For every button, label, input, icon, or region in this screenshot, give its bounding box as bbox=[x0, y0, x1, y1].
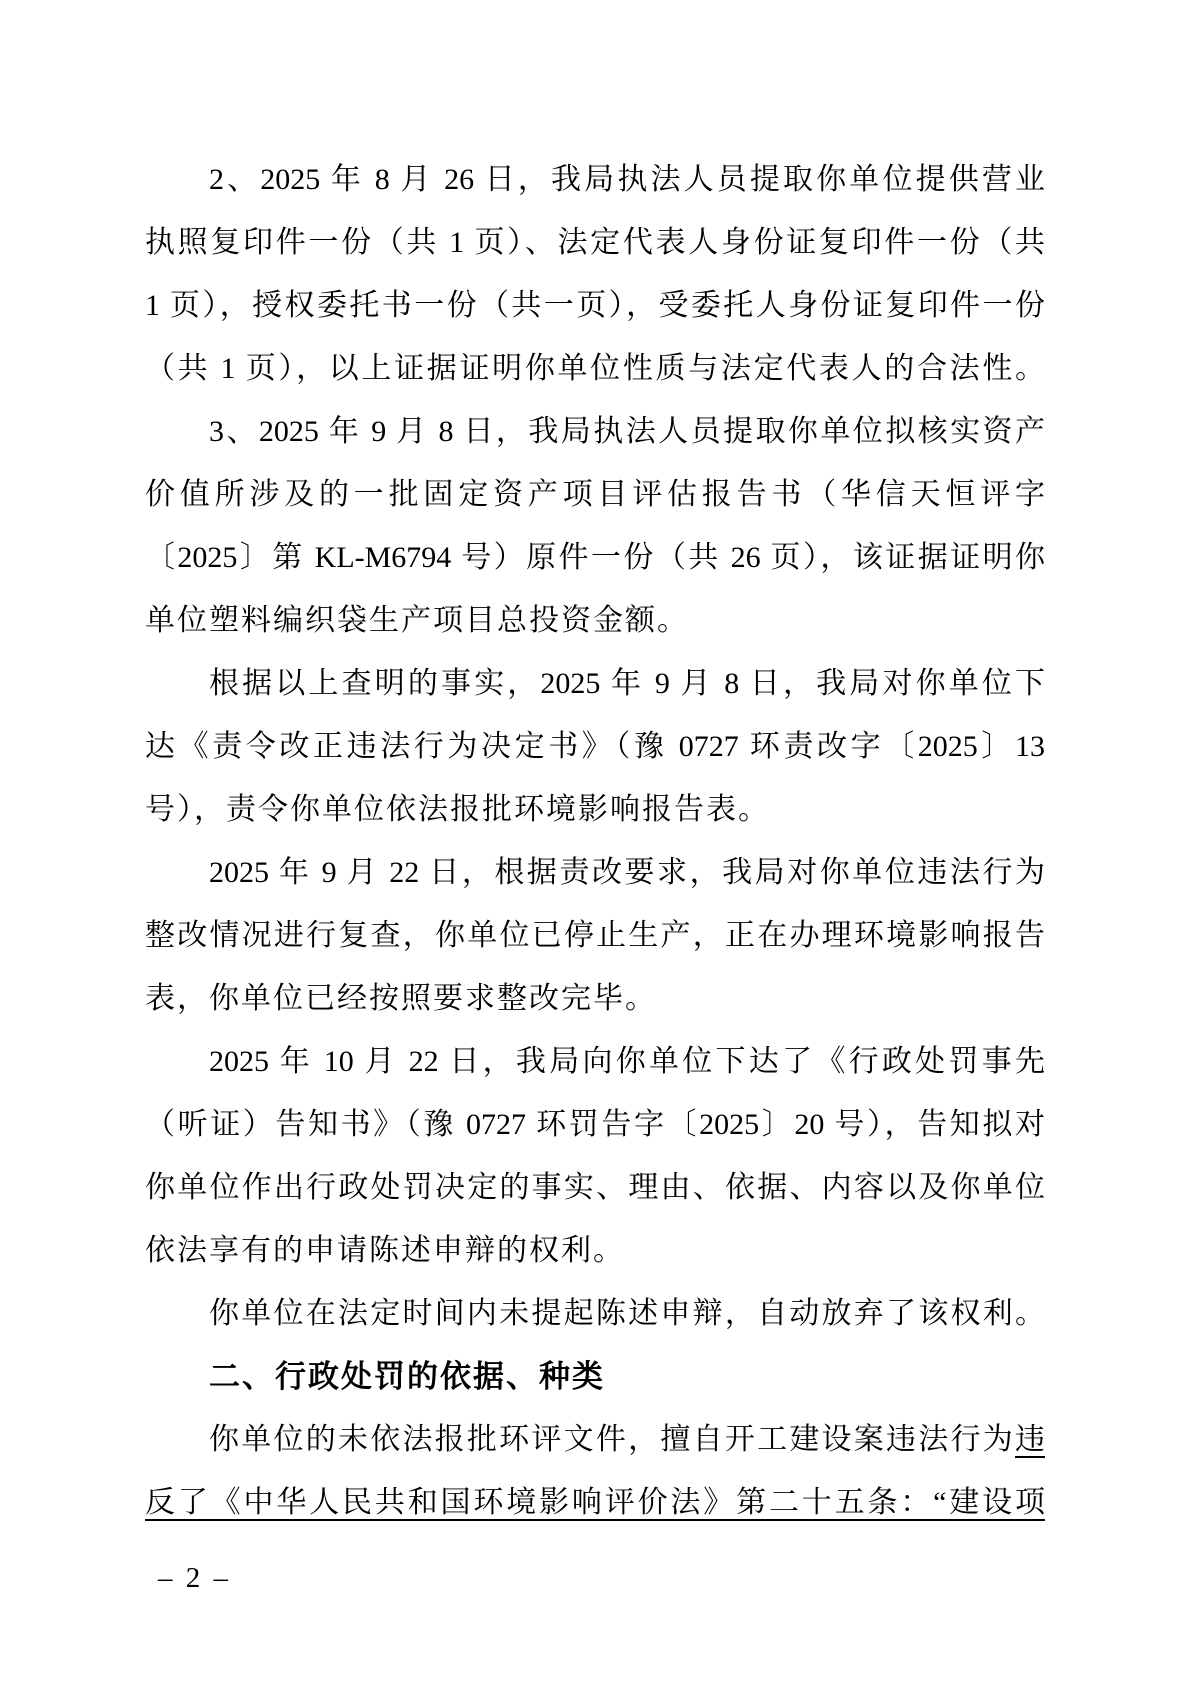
text-segment: 3、2025 年 9 月 8 日，我局执法人员提取你单位拟核实资产 bbox=[209, 415, 1045, 448]
document-line: 你单位的未依法报批环评文件，擅自开工建设案违法行为违 bbox=[145, 1408, 1045, 1471]
document-line: 2025 年 9 月 22 日，根据责改要求，我局对你单位违法行为 bbox=[145, 841, 1045, 904]
text-segment: 你单位作出行政处罚决定的事实、理由、依据、内容以及你单位 bbox=[145, 1171, 1045, 1204]
section-heading: 二、行政处罚的依据、种类 bbox=[145, 1345, 1045, 1408]
text-segment: 你单位的未依法报批环评文件，擅自开工建设案违法行为 bbox=[209, 1423, 1015, 1456]
text-segment: 价值所涉及的一批固定资产项目评估报告书（华信天恒评字 bbox=[145, 478, 1045, 511]
underlined-text: 违 bbox=[1015, 1423, 1045, 1456]
document-line: 表，你单位已经按照要求整改完毕。 bbox=[145, 967, 1045, 1030]
text-segment: 表，你单位已经按照要求整改完毕。 bbox=[145, 982, 657, 1015]
document-page: 2、2025 年 8 月 26 日，我局执法人员提取你单位提供营业执照复印件一份… bbox=[0, 0, 1190, 1684]
document-line: 你单位在法定时间内未提起陈述申辩，自动放弃了该权利。 bbox=[145, 1282, 1045, 1345]
document-line: 单位塑料编织袋生产项目总投资金额。 bbox=[145, 589, 1045, 652]
text-segment: 你单位在法定时间内未提起陈述申辩，自动放弃了该权利。 bbox=[209, 1297, 1045, 1330]
document-line: 1 页），授权委托书一份（共一页），受委托人身份证复印件一份 bbox=[145, 274, 1045, 337]
document-line: 执照复印件一份（共 1 页）、法定代表人身份证复印件一份（共 bbox=[145, 211, 1045, 274]
document-line: （共 1 页），以上证据证明你单位性质与法定代表人的合法性。 bbox=[145, 337, 1045, 400]
document-line: 反了《中华人民共和国环境影响评价法》第二十五条：“建设项 bbox=[145, 1471, 1045, 1534]
document-line: 价值所涉及的一批固定资产项目评估报告书（华信天恒评字 bbox=[145, 463, 1045, 526]
document-line: （听证）告知书》（豫 0727 环罚告字〔2025〕20 号），告知拟对 bbox=[145, 1093, 1045, 1156]
text-segment: 1 页），授权委托书一份（共一页），受委托人身份证复印件一份 bbox=[145, 289, 1045, 322]
document-line: 号），责令你单位依法报批环境影响报告表。 bbox=[145, 778, 1045, 841]
document-line: 达《责令改正违法行为决定书》（豫 0727 环责改字〔2025〕13 bbox=[145, 715, 1045, 778]
document-line: 〔2025〕第 KL-M6794 号）原件一份（共 26 页），该证据证明你 bbox=[145, 526, 1045, 589]
document-line: 你单位作出行政处罚决定的事实、理由、依据、内容以及你单位 bbox=[145, 1156, 1045, 1219]
document-line: 2、2025 年 8 月 26 日，我局执法人员提取你单位提供营业 bbox=[145, 148, 1045, 211]
document-line: 3、2025 年 9 月 8 日，我局执法人员提取你单位拟核实资产 bbox=[145, 400, 1045, 463]
text-segment: 单位塑料编织袋生产项目总投资金额。 bbox=[145, 604, 689, 637]
underlined-text: 反了《中华人民共和国环境影响评价法》第二十五条：“建设项 bbox=[145, 1486, 1045, 1519]
text-segment: 号），责令你单位依法报批环境影响报告表。 bbox=[145, 793, 770, 826]
document-line: 依法享有的申请陈述申辩的权利。 bbox=[145, 1219, 1045, 1282]
text-segment: 根据以上查明的事实，2025 年 9 月 8 日，我局对你单位下 bbox=[209, 667, 1045, 700]
text-segment: 整改情况进行复查，你单位已停止生产，正在办理环境影响报告 bbox=[145, 919, 1045, 952]
text-segment: 〔2025〕第 KL-M6794 号）原件一份（共 26 页），该证据证明你 bbox=[145, 541, 1045, 574]
text-segment: 2025 年 9 月 22 日，根据责改要求，我局对你单位违法行为 bbox=[209, 856, 1045, 889]
text-segment: 达《责令改正违法行为决定书》（豫 0727 环责改字〔2025〕13 bbox=[145, 730, 1045, 763]
text-segment: 执照复印件一份（共 1 页）、法定代表人身份证复印件一份（共 bbox=[145, 226, 1045, 259]
text-segment: 2025 年 10 月 22 日，我局向你单位下达了《行政处罚事先 bbox=[209, 1045, 1045, 1078]
text-segment: 依法享有的申请陈述申辩的权利。 bbox=[145, 1234, 625, 1267]
text-segment: （共 1 页），以上证据证明你单位性质与法定代表人的合法性。 bbox=[145, 352, 1045, 385]
document-body: 2、2025 年 8 月 26 日，我局执法人员提取你单位提供营业执照复印件一份… bbox=[145, 148, 1045, 1534]
document-line: 2025 年 10 月 22 日，我局向你单位下达了《行政处罚事先 bbox=[145, 1030, 1045, 1093]
page-number: – 2 – bbox=[158, 1558, 231, 1598]
text-segment: 二、行政处罚的依据、种类 bbox=[209, 1359, 605, 1394]
document-line: 整改情况进行复查，你单位已停止生产，正在办理环境影响报告 bbox=[145, 904, 1045, 967]
text-segment: （听证）告知书》（豫 0727 环罚告字〔2025〕20 号），告知拟对 bbox=[145, 1108, 1045, 1141]
text-segment: 2、2025 年 8 月 26 日，我局执法人员提取你单位提供营业 bbox=[209, 163, 1045, 196]
document-line: 根据以上查明的事实，2025 年 9 月 8 日，我局对你单位下 bbox=[145, 652, 1045, 715]
